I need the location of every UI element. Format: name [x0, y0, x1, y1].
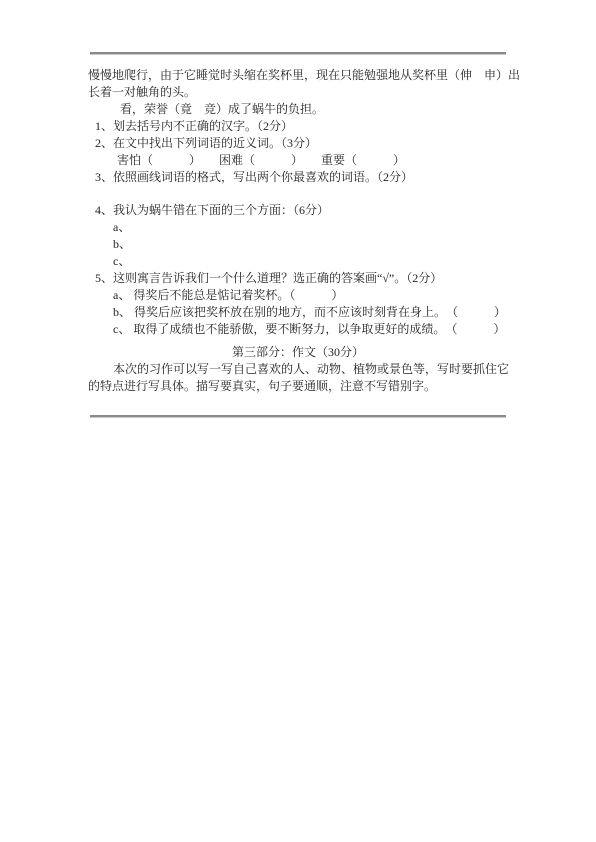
worksheet-page: 慢慢地爬行，由于它睡觉时头缩在奖杯里，现在只能勉强地从奖杯里（伸 申）出 长着一…	[0, 0, 596, 842]
question-2-answer-blanks: 害怕（ ） 困难（ ） 重要（ ）	[88, 152, 508, 169]
section3-paragraph-line-1: 本次的习作可以写一写自己喜欢的人、动物、植物或景色等，写时要抓住它	[88, 361, 508, 378]
question-5-option-c: c、 取得了成绩也不能骄傲，要不断努力，以争取更好的成绩。 （ ）	[88, 321, 508, 338]
section3-paragraph-line-2: 的特点进行写具体。描写要真实，句子要通顺，注意不写错别字。	[88, 378, 508, 395]
passage-line-2: 长着一对触角的头。	[88, 84, 508, 101]
question-4: 4、我认为蜗牛错在下面的三个方面：（6分）	[88, 202, 508, 219]
question-5-option-b: b、 得奖后应该把奖杯放在别的地方，而不应该时刻背在身上。 （ ）	[88, 304, 508, 321]
question-4-item-a: a、	[88, 219, 508, 236]
question-4-item-b: b、	[88, 236, 508, 253]
question-5-option-a: a、 得奖后不能总是惦记着奖杯。（ ）	[88, 287, 508, 304]
passage-line-1: 慢慢地爬行，由于它睡觉时头缩在奖杯里，现在只能勉强地从奖杯里（伸 申）出	[88, 67, 508, 84]
bottom-divider	[90, 415, 506, 418]
top-divider	[90, 52, 506, 55]
question-4-item-c: c、	[88, 253, 508, 270]
passage-line-3: 看，荣誉（竟 竞）成了蜗牛的负担。	[88, 101, 508, 118]
question-2: 2、在文中找出下列词语的近义词。（3分）	[88, 135, 508, 152]
question-3: 3、依照画线词语的格式，写出两个你最喜欢的词语。（2分）	[88, 169, 508, 186]
section3-title: 第三部分：作文（30分）	[88, 344, 508, 361]
blank-space	[88, 186, 508, 202]
question-1: 1、划去括号内不正确的汉字。（2分）	[88, 118, 508, 135]
content-area: 慢慢地爬行，由于它睡觉时头缩在奖杯里，现在只能勉强地从奖杯里（伸 申）出 长着一…	[88, 67, 508, 395]
question-5: 5、这则寓言告诉我们一个什么道理？选正确的答案画“√”。（2分）	[88, 270, 508, 287]
